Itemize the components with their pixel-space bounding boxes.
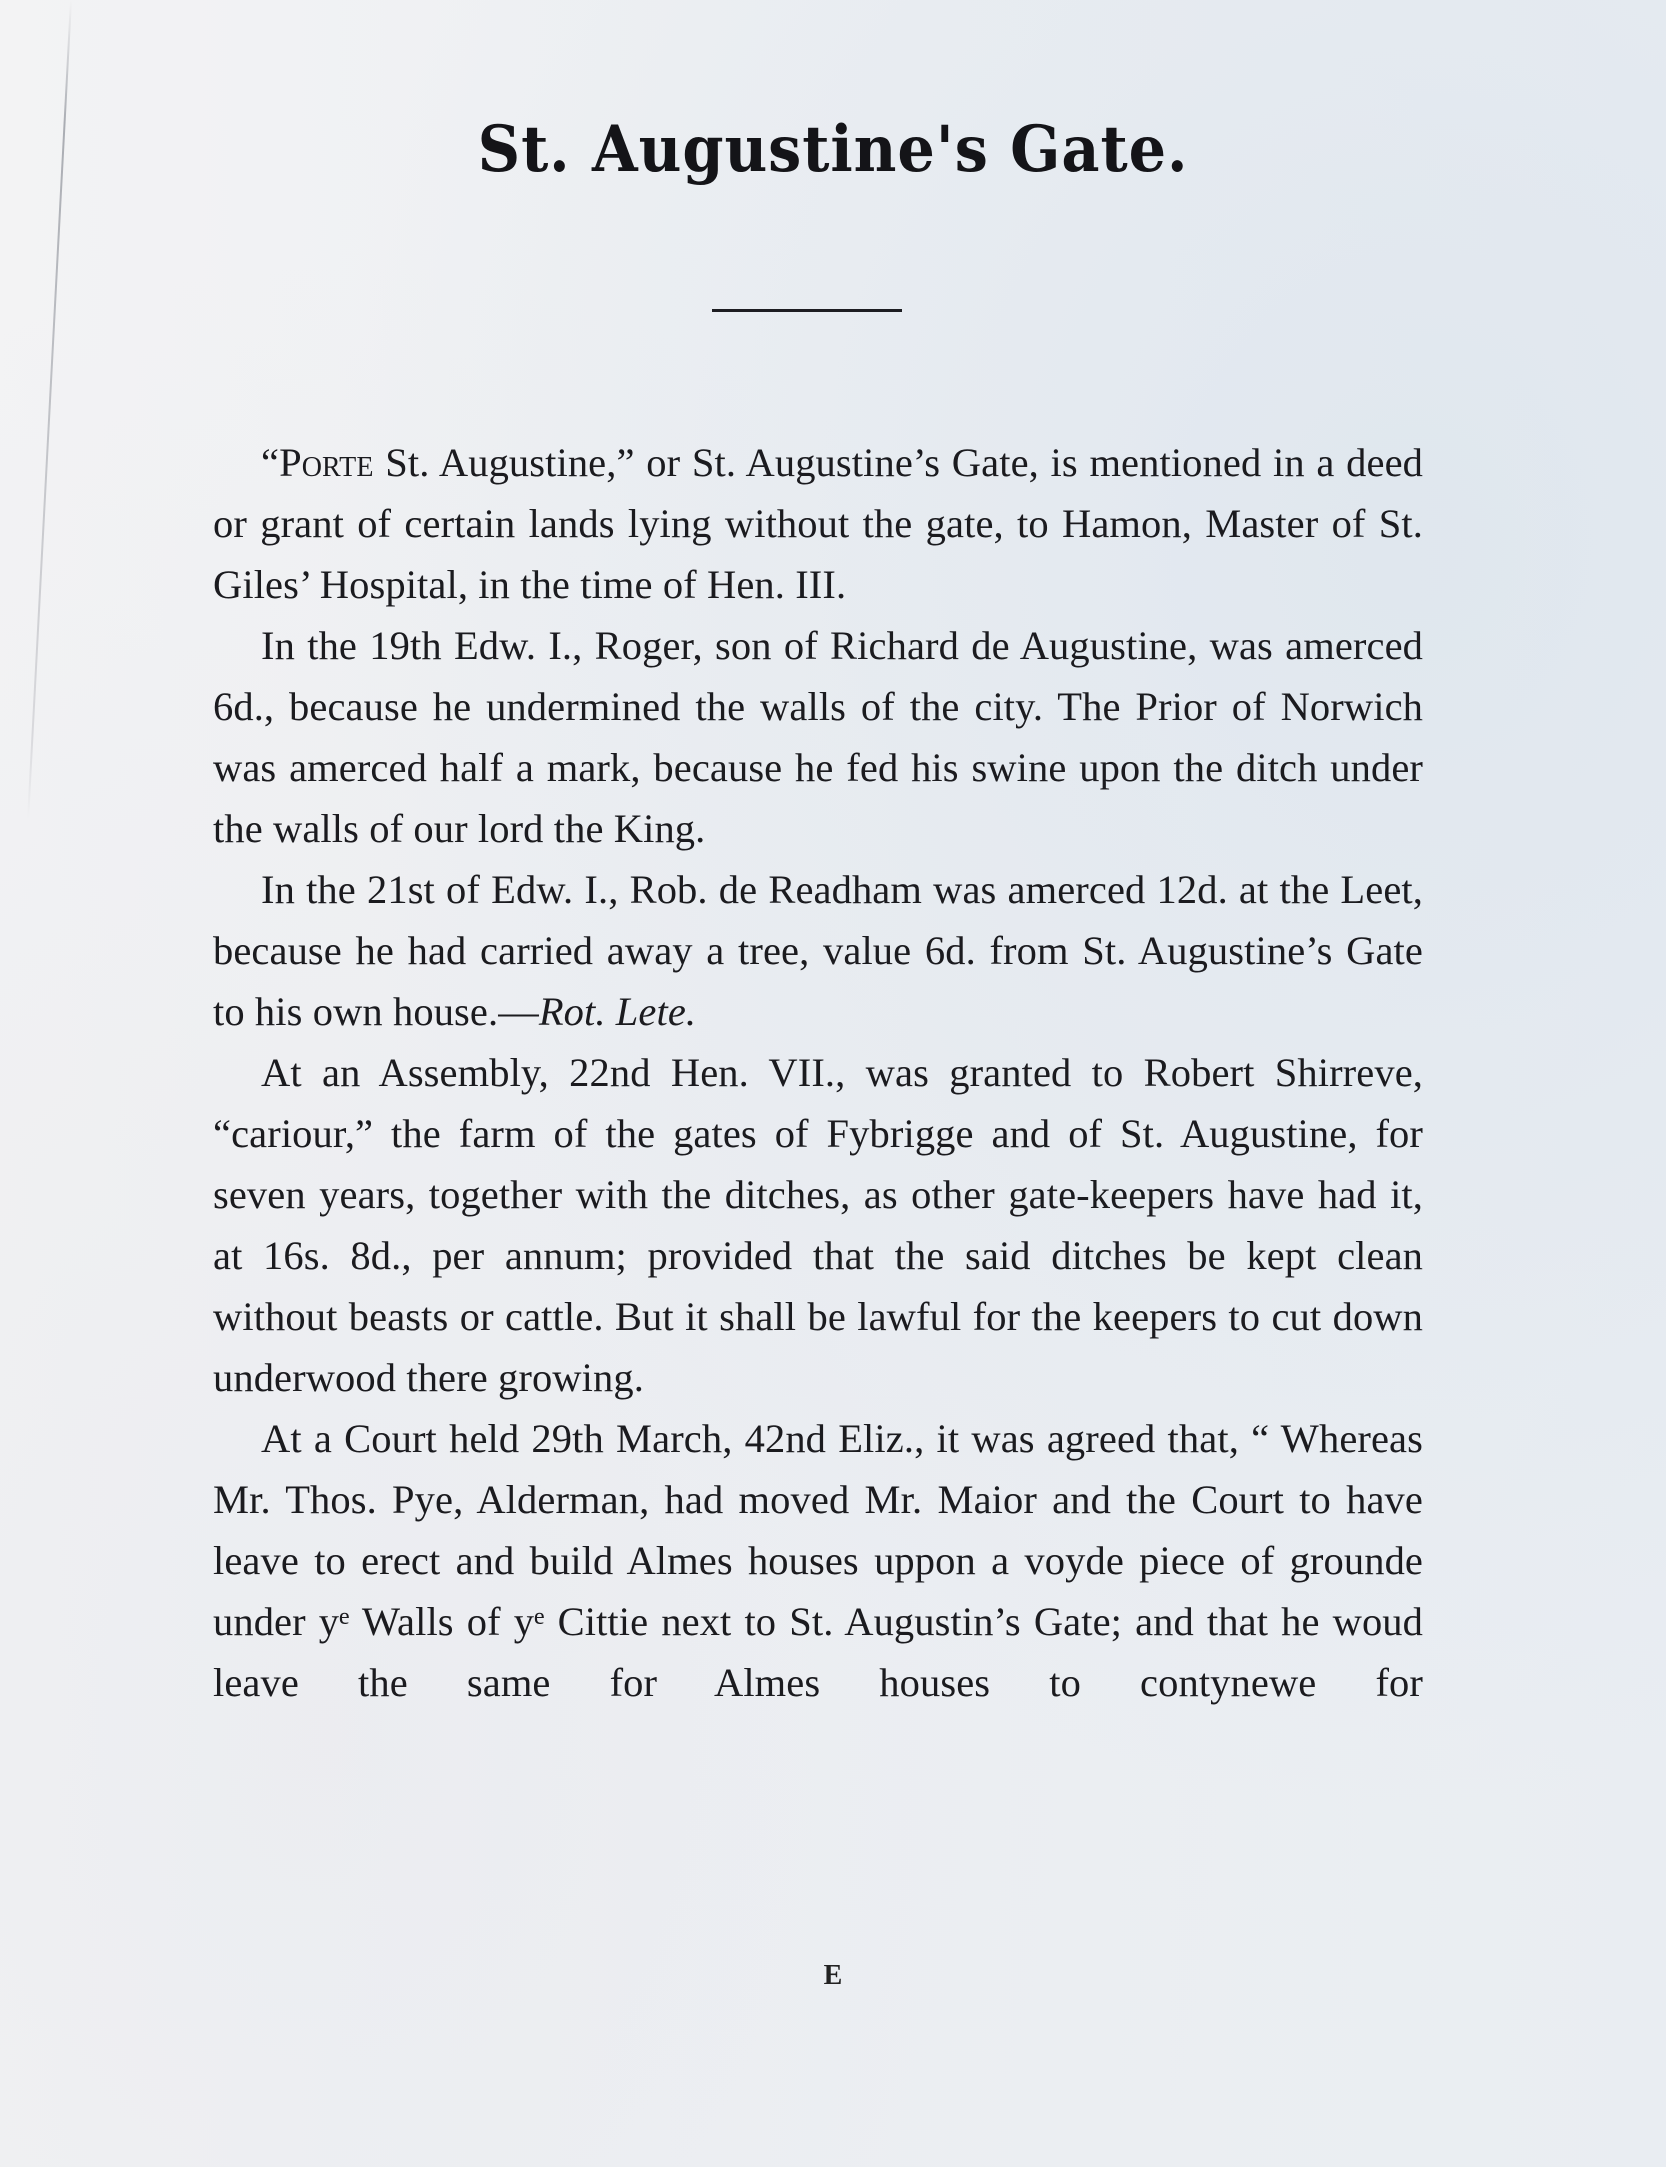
title-divider-rule: [712, 309, 902, 312]
page-crease-mark: [27, 0, 72, 819]
page-title: St. Augustine's Gate.: [67, 112, 1600, 187]
scanned-page: St. Augustine's Gate. “Porte St. Augusti…: [0, 0, 1666, 2167]
signature-mark: E: [0, 1960, 1666, 1992]
paragraph-edw-19th: In the 19th Edw. I., Roger, son of Richa…: [213, 615, 1423, 859]
smallcaps-lead: “Porte: [261, 440, 374, 485]
paragraph-text: St. Augustine,” or St. Augustine’s Gate,…: [213, 440, 1423, 607]
citation: Rot. Lete.: [539, 989, 696, 1034]
paragraph-text: In the 21st of Edw. I., Rob. de Readham …: [213, 867, 1423, 1034]
paragraph-court: At a Court held 29th March, 42nd Eliz., …: [213, 1408, 1423, 1713]
paragraph-porte: “Porte St. Augustine,” or St. Augustine’…: [213, 432, 1423, 615]
paragraph-edw-21st: In the 21st of Edw. I., Rob. de Readham …: [213, 859, 1423, 1042]
paragraph-assembly: At an Assembly, 22nd Hen. VII., was gran…: [213, 1042, 1423, 1408]
body-text: “Porte St. Augustine,” or St. Augustine’…: [213, 432, 1423, 1713]
